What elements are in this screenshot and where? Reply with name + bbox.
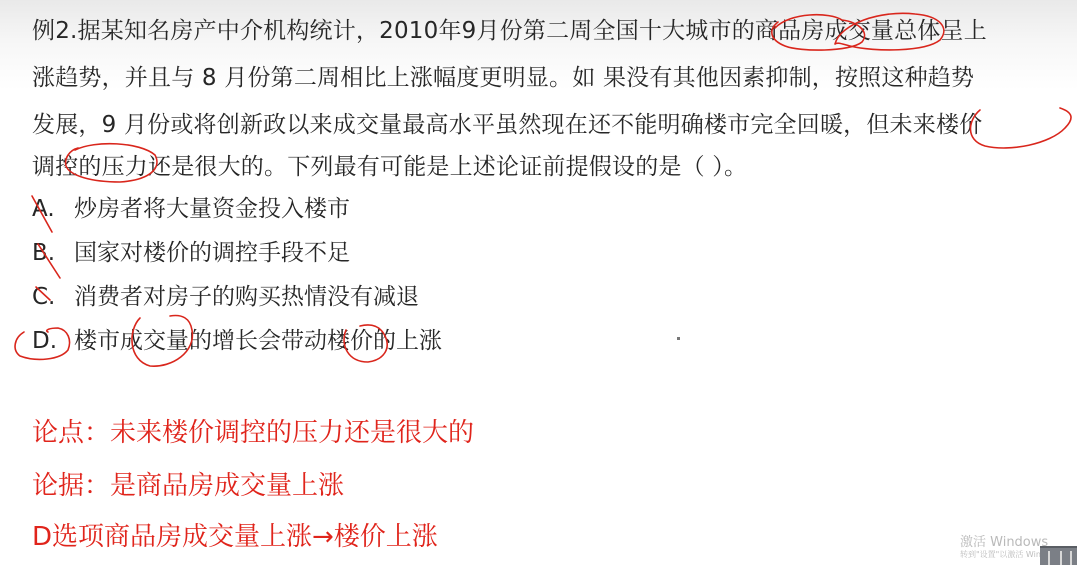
analysis-evidence: 论据：是商品房成交量上涨 (32, 469, 344, 503)
thumbnail-bar (1070, 551, 1072, 565)
option-d: D.楼市成交量的增长会带动楼价的上涨 (32, 326, 442, 356)
question-line-4: 调控的压力还是很大的。下列最有可能是上述论证前提假设的是（ ）。 (32, 152, 747, 182)
circle-annotation (970, 108, 1071, 148)
analysis-claim: 论点：未来楼价调控的压力还是很大的 (32, 416, 474, 450)
option-c: C.消费者对房子的购买热情没有减退 (32, 282, 419, 312)
thumbnail-bar (1048, 551, 1050, 565)
option-letter: B. (32, 238, 74, 268)
option-letter: C. (32, 282, 74, 312)
question-line-3: 发展，9 月份或将创新政以来成交量最高水平虽然现在还不能明确楼市完全回暖，但未来… (32, 110, 982, 140)
cursor-dot (677, 337, 680, 340)
option-b: B.国家对楼价的调控手段不足 (32, 238, 350, 268)
option-text: 炒房者将大量资金投入楼市 (74, 196, 350, 222)
option-letter: A. (32, 194, 74, 224)
option-text: 国家对楼价的调控手段不足 (74, 240, 350, 266)
taskbar-thumbnail[interactable] (1040, 546, 1077, 565)
analysis-option-d: D选项商品房成交量上涨→楼价上涨 (32, 520, 438, 554)
option-text: 消费者对房子的购买热情没有减退 (74, 284, 419, 310)
option-letter: D. (32, 326, 74, 356)
question-line-1: 例2.据某知名房产中介机构统计，2010年9月份第二周全国十大城市的商品房成交量… (32, 16, 987, 46)
option-text: 楼市成交量的增长会带动楼价的上涨 (74, 328, 442, 354)
question-line-2: 涨趋势，并且与 8 月份第二周相比上涨幅度更明显。如 果没有其他因素抑制，按照这… (32, 63, 974, 93)
option-a: A.炒房者将大量资金投入楼市 (32, 194, 350, 224)
thumbnail-bar (1060, 551, 1062, 565)
slide: 例2.据某知名房产中介机构统计，2010年9月份第二周全国十大城市的商品房成交量… (0, 0, 1077, 565)
